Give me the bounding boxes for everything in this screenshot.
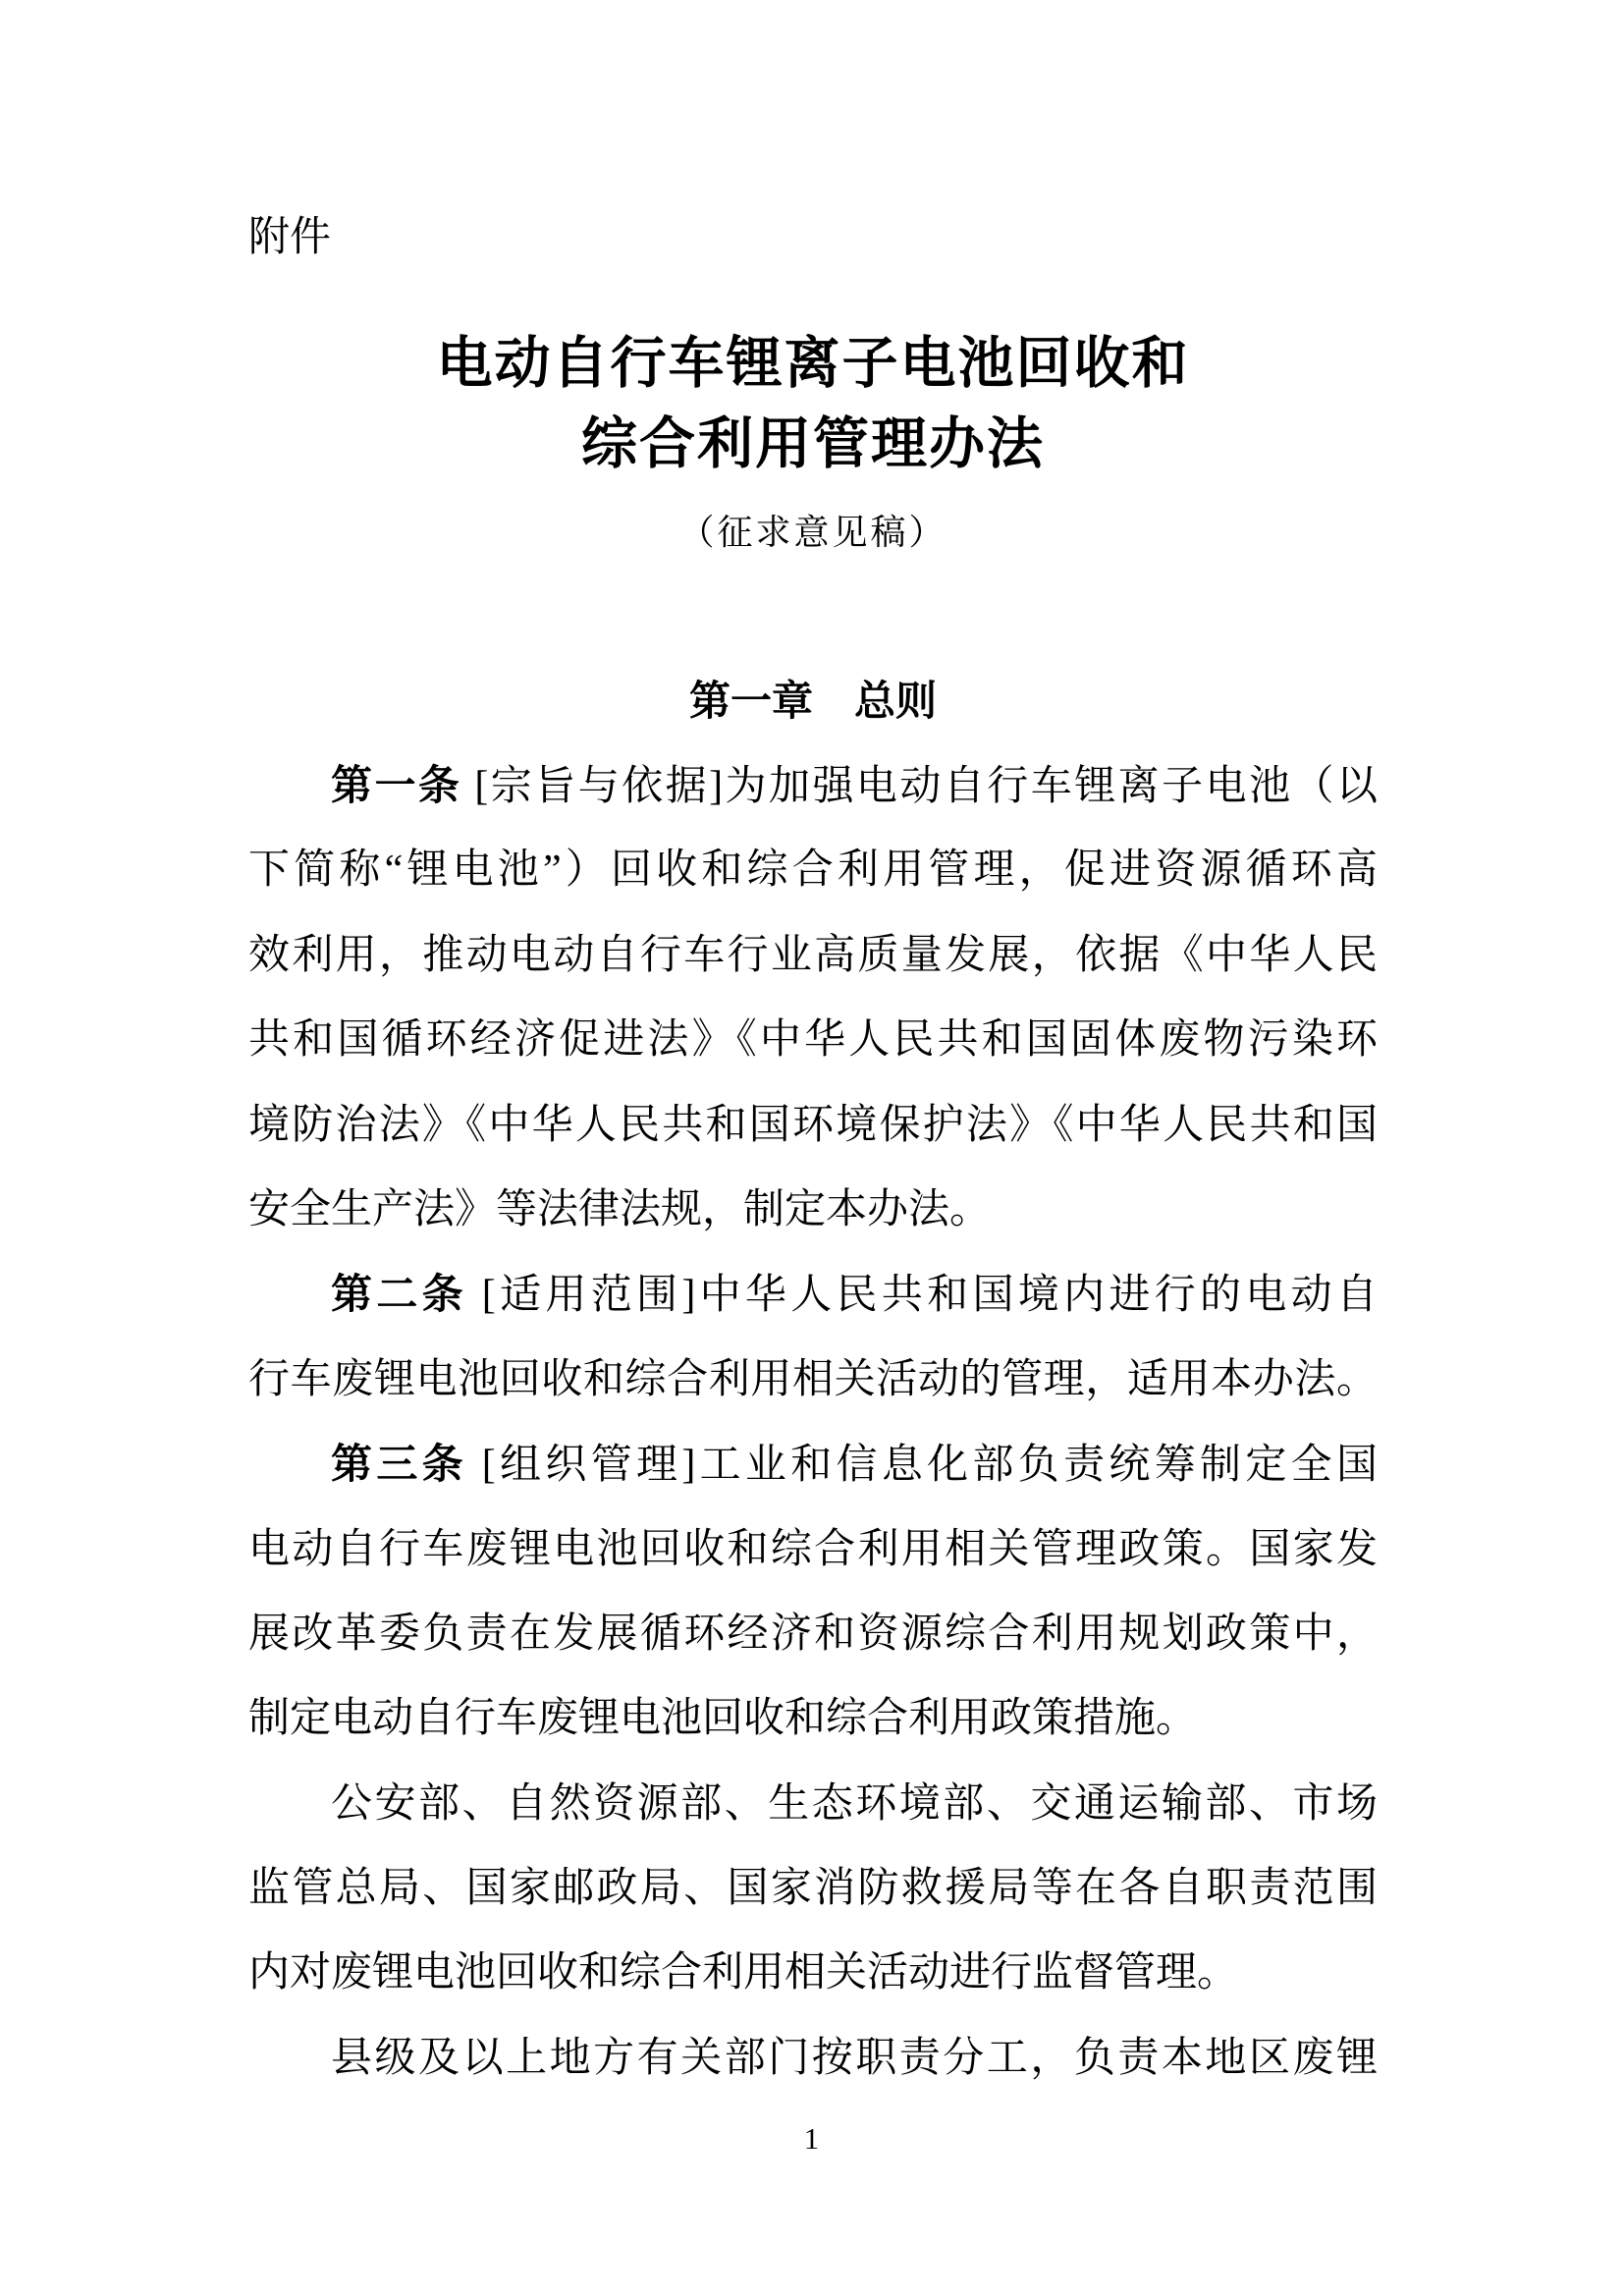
body-line: 县级及以上地方有关部门按职责分工，负责本地区废锂	[248, 2016, 1378, 2101]
title-line-2: 综合利用管理办法	[248, 405, 1378, 485]
body-line-text: 县级及以上地方有关部门按职责分工，负责本地区废锂	[331, 2036, 1378, 2081]
document-body: 第一条 [宗旨与依据]为加强电动自行车锂离子电池（以 下简称“锂电池”）回收和综…	[248, 743, 1378, 2101]
body-line-text: 下简称“锂电池”）回收和综合利用管理，促进资源循环高	[248, 847, 1378, 893]
body-line-text: 展改革委负责在发展循环经济和资源综合利用规划政策中，	[248, 1612, 1378, 1657]
body-line: 效利用，推动电动自行车行业高质量发展，依据《中华人民	[248, 913, 1378, 998]
document-page: 附件 电动自行车锂离子电池回收和 综合利用管理办法 （征求意见稿） 第一章 总则…	[0, 0, 1623, 2296]
body-line-text: 监管总局、国家邮政局、国家消防救援局等在各自职责范围	[248, 1866, 1378, 1911]
body-line: 第二条 [适用范围]中华人民共和国境内进行的电动自	[248, 1252, 1378, 1337]
title-line-1: 电动自行车锂离子电池回收和	[248, 324, 1378, 405]
body-line-text: 共和国循环经济促进法》《中华人民共和国固体废物污染环	[248, 1017, 1378, 1063]
body-line: 电动自行车废锂电池回收和综合利用相关管理政策。国家发	[248, 1507, 1378, 1592]
body-line-text: 公安部、自然资源部、生态环境部、交通运输部、市场	[331, 1781, 1378, 1827]
body-line-text: 内对废锂电池回收和综合利用相关活动进行监督管理。	[248, 1950, 1238, 1995]
body-line: 第三条 [组织管理]工业和信息化部负责统筹制定全国	[248, 1422, 1378, 1506]
body-line: 制定电动自行车废锂电池回收和综合利用政策措施。	[248, 1676, 1378, 1761]
document-subtitle: （征求意见稿）	[248, 511, 1378, 554]
body-line: 内对废锂电池回收和综合利用相关活动进行监督管理。	[248, 1931, 1378, 2015]
body-line-text: 效利用，推动电动自行车行业高质量发展，依据《中华人民	[248, 933, 1378, 978]
body-line: 监管总局、国家邮政局、国家消防救援局等在各自职责范围	[248, 1846, 1378, 1931]
body-line: 境防治法》《中华人民共和国环境保护法》《中华人民共和国	[248, 1083, 1378, 1168]
attachment-label: 附件	[248, 214, 331, 259]
body-line-text: [宗旨与依据]为加强电动自行车锂离子电池（以	[461, 764, 1378, 809]
chapter-heading: 第一章 总则	[248, 678, 1378, 725]
body-line: 展改革委负责在发展循环经济和资源综合利用规划政策中，	[248, 1592, 1378, 1676]
body-line: 公安部、自然资源部、生态环境部、交通运输部、市场	[248, 1762, 1378, 1846]
body-line: 第一条 [宗旨与依据]为加强电动自行车锂离子电池（以	[248, 743, 1378, 828]
body-line-text: 安全生产法》等法律法规，制定本办法。	[248, 1187, 991, 1232]
body-line: 共和国循环经济促进法》《中华人民共和国固体废物污染环	[248, 998, 1378, 1082]
article-number: 第一条	[331, 762, 461, 808]
body-line: 安全生产法》等法律法规，制定本办法。	[248, 1168, 1378, 1252]
article-number: 第三条	[331, 1441, 467, 1487]
body-line-text: [适用范围]中华人民共和国境内进行的电动自	[467, 1273, 1378, 1318]
body-line-text: 行车废锂电池回收和综合利用相关活动的管理，适用本办法。	[248, 1357, 1378, 1402]
body-line-text: 制定电动自行车废锂电池回收和综合利用政策措施。	[248, 1696, 1197, 1741]
body-line: 行车废锂电池回收和综合利用相关活动的管理，适用本办法。	[248, 1338, 1378, 1422]
body-line-text: 境防治法》《中华人民共和国环境保护法》《中华人民共和国	[248, 1103, 1378, 1148]
body-line: 下简称“锂电池”）回收和综合利用管理，促进资源循环高	[248, 828, 1378, 912]
page-number: 1	[0, 2121, 1623, 2157]
body-line-text: 电动自行车废锂电池回收和综合利用相关管理政策。国家发	[248, 1527, 1378, 1572]
body-line-text: [组织管理]工业和信息化部负责统筹制定全国	[467, 1443, 1378, 1488]
document-title: 电动自行车锂离子电池回收和 综合利用管理办法	[248, 324, 1378, 485]
article-number: 第二条	[331, 1271, 467, 1317]
